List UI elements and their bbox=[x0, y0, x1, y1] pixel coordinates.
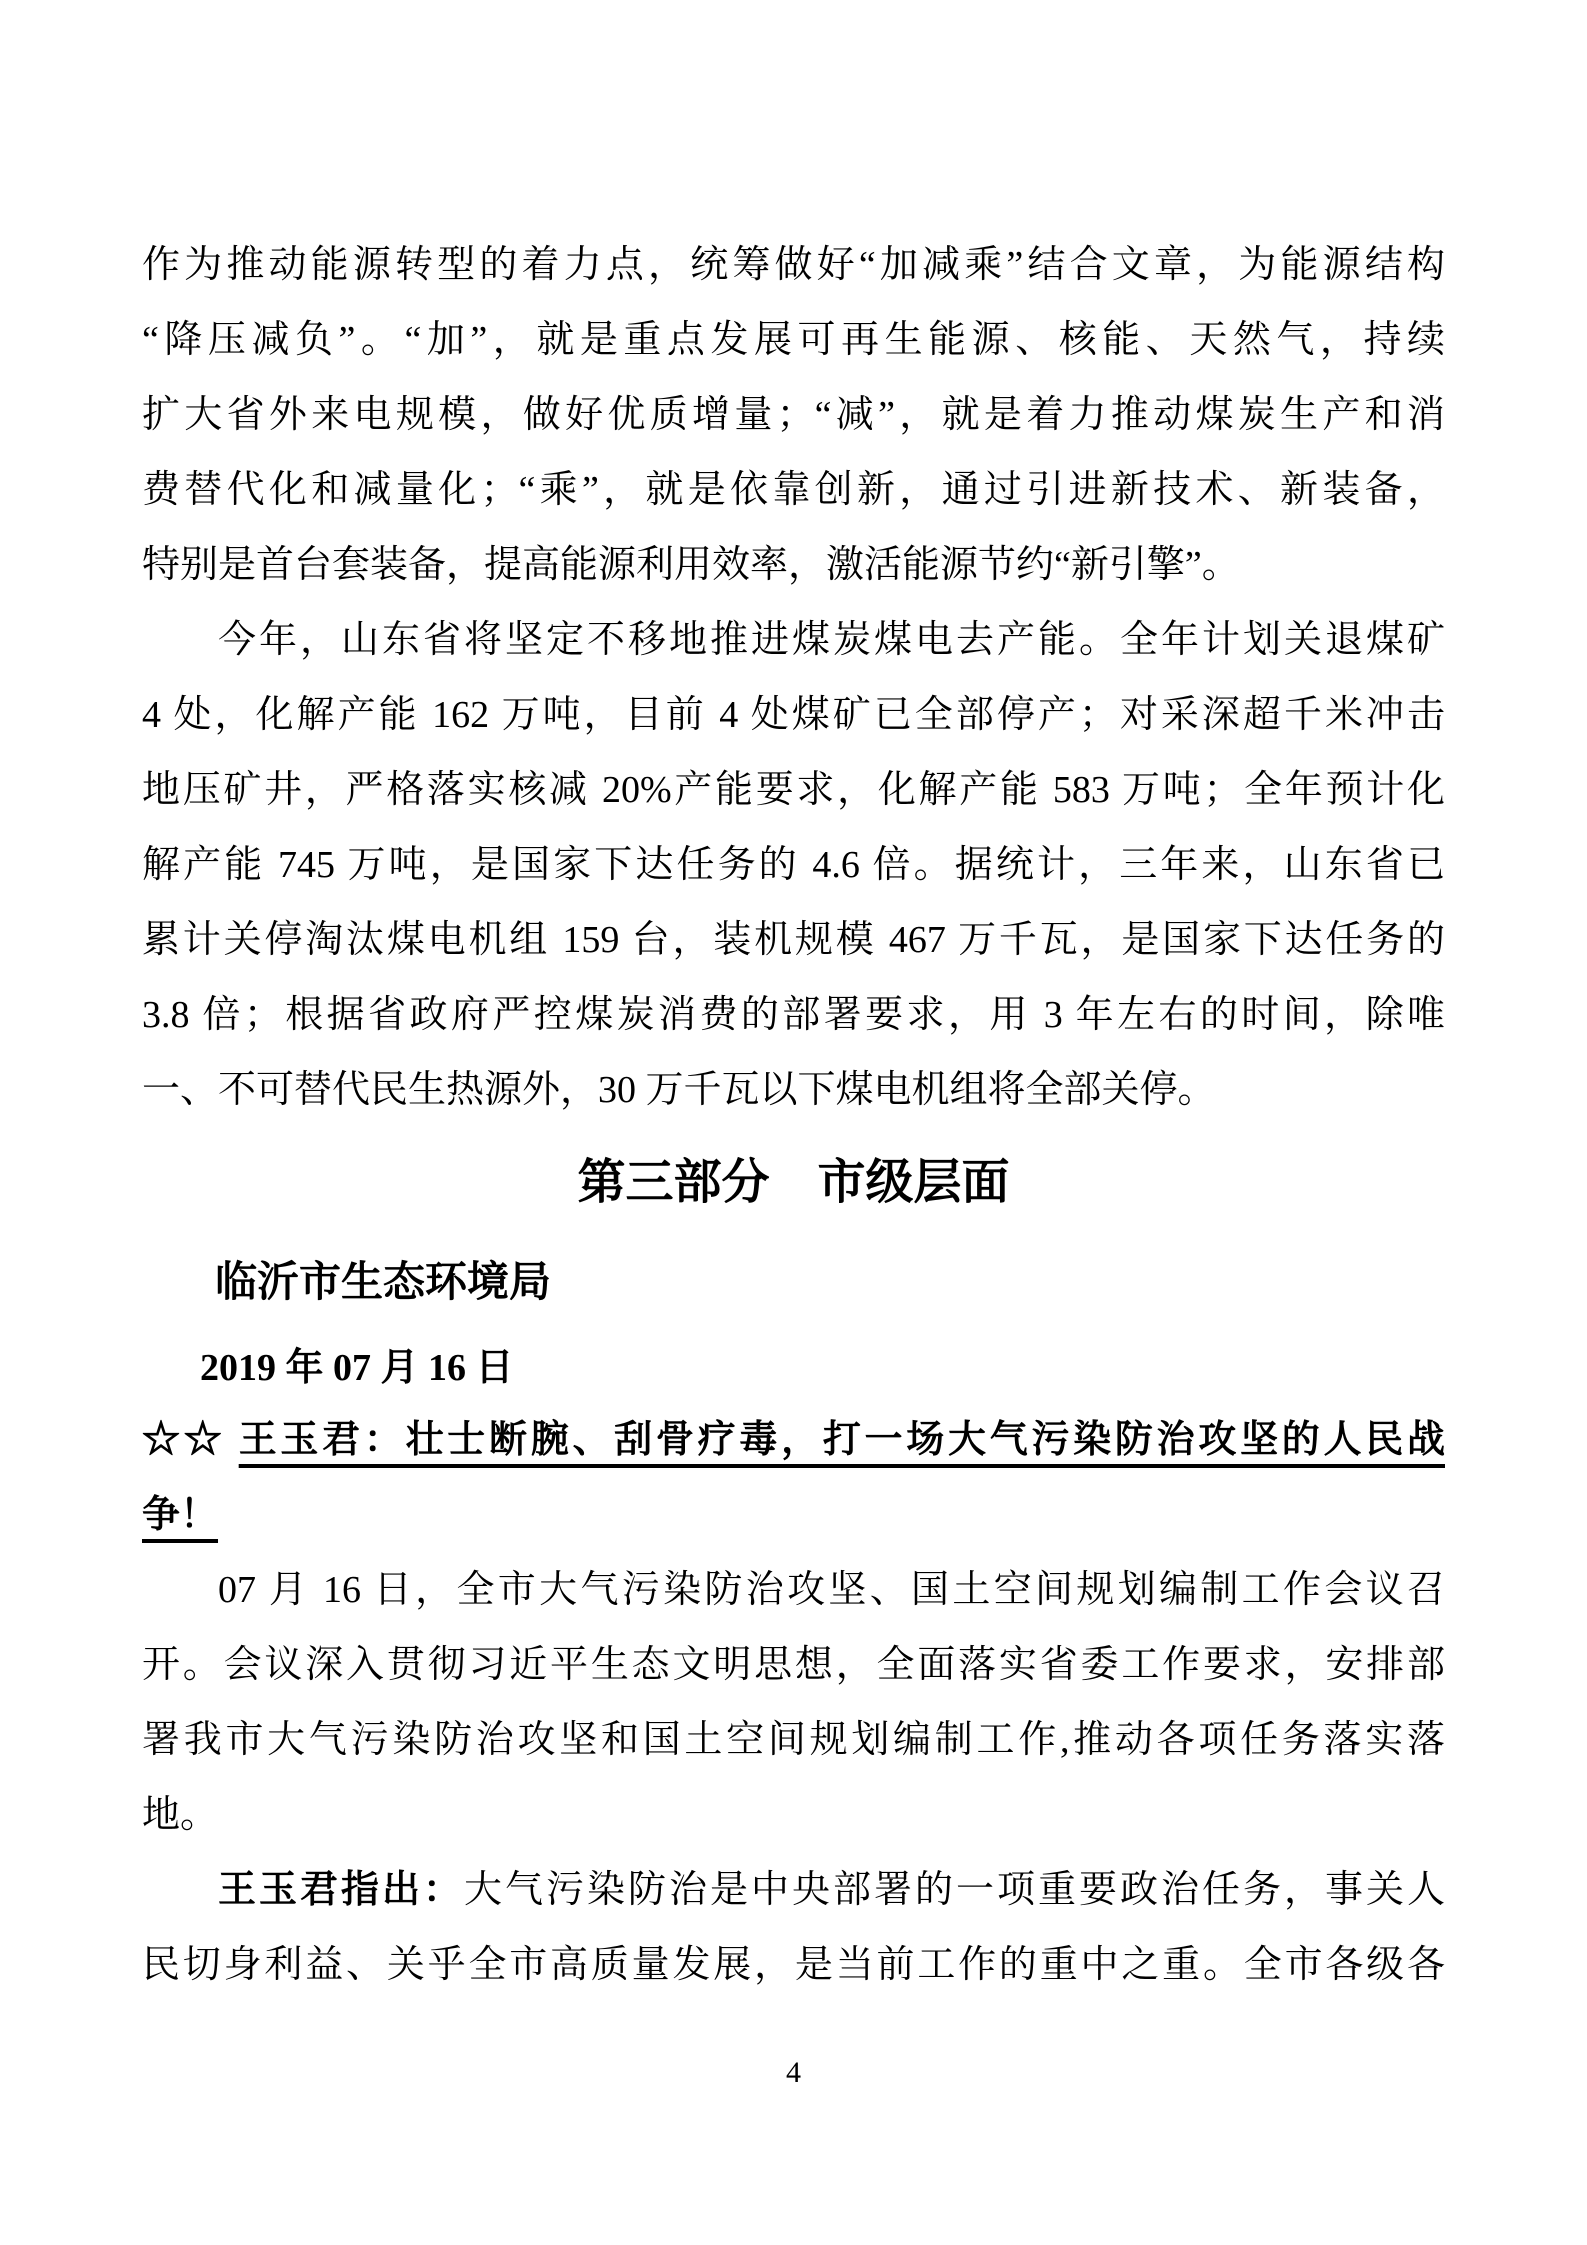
paragraph-line: “降压减负”。“加”，就是重点发展可再生能源、核能、天然气，持续 bbox=[142, 303, 1445, 378]
article-title-text: 王玉君：壮士断腕、刮骨疗毒，打一场大气污染防治攻坚的人民战 bbox=[239, 1419, 1445, 1461]
paragraph-line: 一、不可替代民生热源外，30 万千瓦以下煤电机组将全部关停。 bbox=[142, 1053, 1445, 1128]
paragraph-text: 大气污染防治是中央部署的一项重要政治任务，事关人 bbox=[464, 1869, 1445, 1911]
article-title-line: ☆☆ 王玉君：壮士断腕、刮骨疗毒，打一场大气污染防治攻坚的人民战 bbox=[142, 1403, 1445, 1478]
paragraph-line: 王玉君指出：大气污染防治是中央部署的一项重要政治任务，事关人 bbox=[142, 1853, 1445, 1928]
paragraph-line: 地压矿井，严格落实核减 20%产能要求，化解产能 583 万吨；全年预计化 bbox=[142, 753, 1445, 828]
paragraph-coal-capacity: 今年，山东省将坚定不移地推进煤炭煤电去产能。全年计划关退煤矿 4 处，化解产能 … bbox=[142, 603, 1445, 1128]
section-heading: 第三部分 市级层面 bbox=[142, 1133, 1445, 1233]
paragraph-line: 民切身利益、关乎全市高质量发展，是当前工作的重中之重。全市各级各 bbox=[142, 1928, 1445, 2003]
date-heading: 2019 年 07 月 16 日 bbox=[142, 1333, 1445, 1403]
paragraph-line: 开。会议深入贯彻习近平生态文明思想，全面落实省委工作要求，安排部 bbox=[142, 1628, 1445, 1703]
paragraph-line: 今年，山东省将坚定不移地推进煤炭煤电去产能。全年计划关退煤矿 bbox=[142, 603, 1445, 678]
article-title: ☆☆ 王玉君：壮士断腕、刮骨疗毒，打一场大气污染防治攻坚的人民战 争！ bbox=[142, 1403, 1445, 1553]
star-marker-icon: ☆☆ bbox=[142, 1419, 239, 1461]
document-page: 作为推动能源转型的着力点，统筹做好“加减乘”结合文章，为能源结构 “降压减负”。… bbox=[0, 0, 1587, 2245]
paragraph-line: 3.8 倍；根据省政府严控煤炭消费的部署要求，用 3 年左右的时间，除唯 bbox=[142, 978, 1445, 1053]
paragraph-line: 解产能 745 万吨，是国家下达任务的 4.6 倍。据统计，三年来，山东省已 bbox=[142, 828, 1445, 903]
paragraph-line: 署我市大气污染防治攻坚和国土空间规划编制工作,推动各项任务落实落 bbox=[142, 1703, 1445, 1778]
paragraph-line: 累计关停淘汰煤电机组 159 台，装机规模 467 万千瓦，是国家下达任务的 bbox=[142, 903, 1445, 978]
paragraph-line: 扩大省外来电规模，做好优质增量；“减”，就是着力推动煤炭生产和消 bbox=[142, 378, 1445, 453]
paragraph-line: 地。 bbox=[142, 1778, 1445, 1853]
paragraph-line: 07 月 16 日，全市大气污染防治攻坚、国土空间规划编制工作会议召 bbox=[142, 1553, 1445, 1628]
paragraph-line: 作为推动能源转型的着力点，统筹做好“加减乘”结合文章，为能源结构 bbox=[142, 228, 1445, 303]
paragraph-line: 4 处，化解产能 162 万吨，目前 4 处煤矿已全部停产；对采深超千米冲击 bbox=[142, 678, 1445, 753]
organization-heading: 临沂市生态环境局 bbox=[142, 1233, 1445, 1333]
paragraph-energy-transition: 作为推动能源转型的着力点，统筹做好“加减乘”结合文章，为能源结构 “降压减负”。… bbox=[142, 228, 1445, 603]
speaker-lead-in: 王玉君指出： bbox=[218, 1869, 464, 1911]
page-number: 4 bbox=[142, 2053, 1445, 2093]
paragraph-line: 特别是首台套装备，提高能源利用效率，激活能源节约“新引擎”。 bbox=[142, 528, 1445, 603]
paragraph-line: 费替代化和减量化；“乘”，就是依靠创新，通过引进新技术、新装备， bbox=[142, 453, 1445, 528]
paragraph-meeting: 07 月 16 日，全市大气污染防治攻坚、国土空间规划编制工作会议召 开。会议深… bbox=[142, 1553, 1445, 1853]
article-title-line: 争！ bbox=[142, 1478, 1445, 1553]
paragraph-wang-remarks: 王玉君指出：大气污染防治是中央部署的一项重要政治任务，事关人 民切身利益、关乎全… bbox=[142, 1853, 1445, 2003]
article-title-text: 争！ bbox=[142, 1494, 218, 1536]
